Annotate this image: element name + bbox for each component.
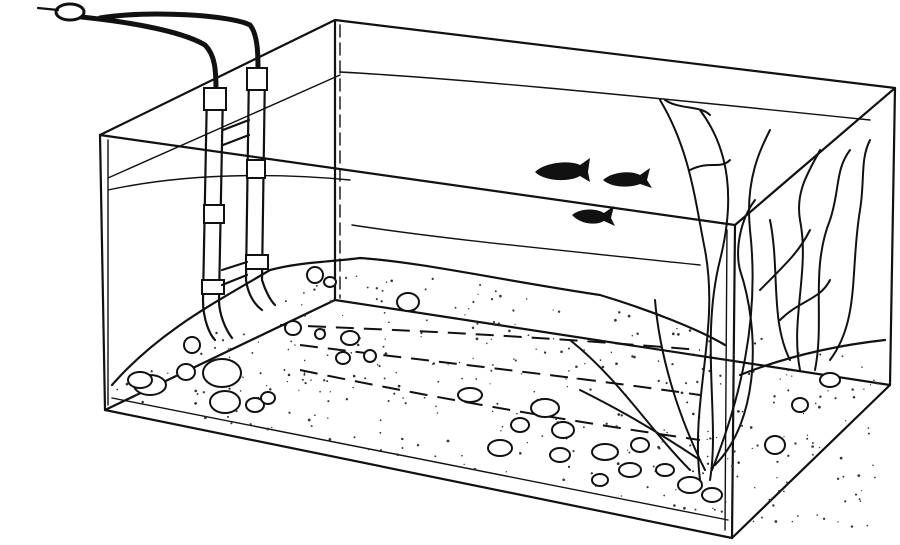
- plug: [38, 4, 84, 20]
- fish: [535, 158, 652, 226]
- aquatic-plants: [570, 100, 870, 480]
- aquarium-illustration: [0, 0, 900, 545]
- heating-cable: [60, 14, 275, 340]
- aquarium-diagram: [0, 0, 900, 545]
